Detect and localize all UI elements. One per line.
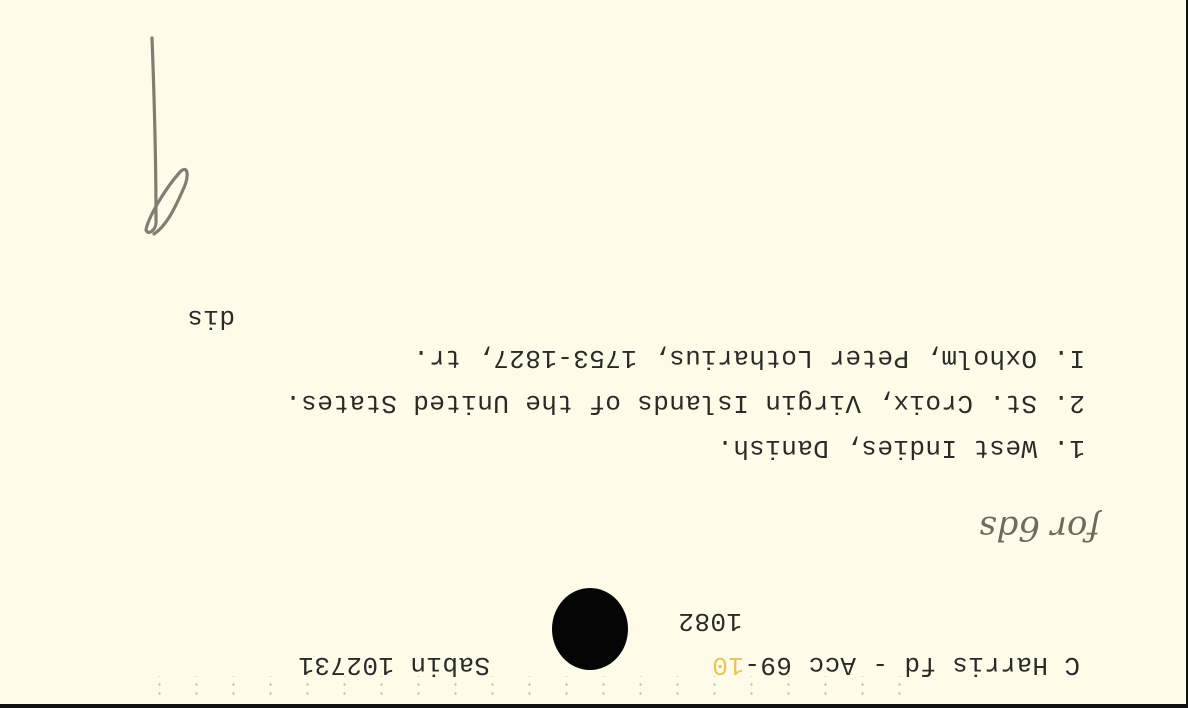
sabin-reference: Sabin 102731 xyxy=(298,652,490,678)
added-entry-1: I. Oxholm, Peter Lotharius, 1753-1827, t… xyxy=(413,345,1085,371)
trailing-note: dis xyxy=(187,305,235,331)
accession-highlight: 10 xyxy=(712,650,744,680)
subject-heading-2: 2. St. Croix, Virgin Islands of the Unit… xyxy=(285,390,1085,416)
subject-heading-1: 1. West Indies, Danish. xyxy=(717,435,1085,461)
source-accession-line: C Harris fd - Acc 69-10 xyxy=(712,652,1080,678)
handwritten-note: for 6ds xyxy=(979,508,1100,548)
punch-hole xyxy=(552,588,628,670)
pencil-mark-icon xyxy=(130,30,200,250)
catalog-card: C Harris fd - Acc 69-10 Sabin 102731 108… xyxy=(0,0,1188,708)
sub-number: 1082 xyxy=(678,608,742,634)
